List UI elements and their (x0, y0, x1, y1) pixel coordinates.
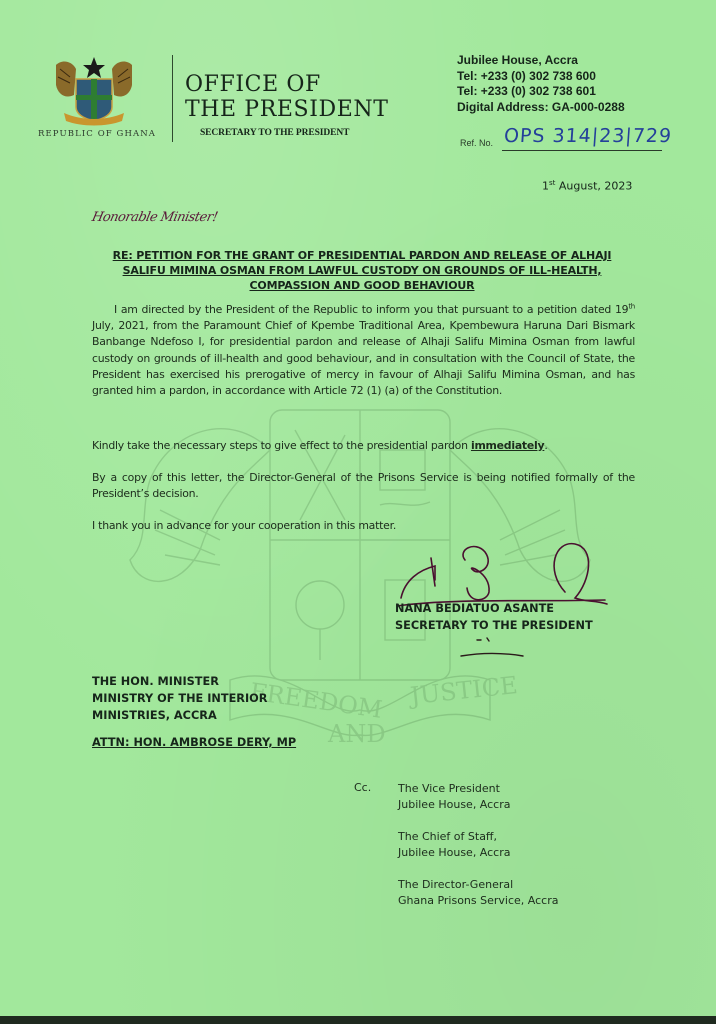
contact-tel-1: Tel: +233 (0) 302 738 600 (457, 69, 625, 85)
date-rest: August, 2023 (555, 180, 632, 193)
body-paragraph-4: I thank you in advance for your cooperat… (92, 518, 635, 534)
contact-address: Jubilee House, Accra (457, 53, 625, 69)
cc-recipient: The Director-General Ghana Prisons Servi… (398, 877, 558, 908)
signatory-title: SECRETARY TO THE PRESIDENT (395, 617, 593, 634)
cc-recipient-line-1: The Director-General (398, 877, 558, 893)
signatory-name: NANA BEDIATUO ASANTE (395, 600, 593, 617)
office-title-line2: THE PRESIDENT (185, 97, 389, 122)
office-title: OFFICE OF THE PRESIDENT (185, 72, 389, 122)
p1-sup: th (628, 302, 635, 310)
letter-date: 1st August, 2023 (542, 179, 632, 193)
addressee-line-1: THE HON. MINISTER (92, 673, 268, 690)
cc-recipient-line-2: Jubilee House, Accra (398, 845, 558, 861)
cc-label: Cc. (354, 781, 371, 794)
initial-mark-icon (455, 634, 535, 664)
signatory-block: NANA BEDIATUO ASANTE SECRETARY TO THE PR… (395, 600, 593, 634)
handwritten-salutation: Honorable Minister! (90, 210, 218, 225)
p2-emphasis: immediately (471, 439, 544, 452)
ref-label: Ref. No. (460, 138, 493, 148)
cc-recipient-line-2: Jubilee House, Accra (398, 797, 558, 813)
body-paragraph-2: Kindly take the necessary steps to give … (92, 438, 635, 454)
contact-block: Jubilee House, Accra Tel: +233 (0) 302 7… (457, 53, 625, 115)
office-title-line1: OFFICE OF (185, 72, 389, 97)
p2-text-a: Kindly take the necessary steps to give … (92, 439, 471, 452)
cc-recipient: The Vice President Jubilee House, Accra (398, 781, 558, 812)
ghana-coat-of-arms-icon (52, 55, 136, 127)
svg-text:FREEDOM: FREEDOM (248, 678, 384, 724)
addressee-line-3: MINISTRIES, ACCRA (92, 707, 268, 724)
p1-text-b: July, 2021, from the Paramount Chief of … (92, 319, 635, 397)
addressee-block: THE HON. MINISTER MINISTRY OF THE INTERI… (92, 673, 268, 724)
attention-line: ATTN: HON. AMBROSE DERY, MP (92, 736, 296, 749)
cc-list: The Vice President Jubilee House, Accra … (398, 781, 558, 925)
subject-heading: RE: PETITION FOR THE GRANT OF PRESIDENTI… (92, 248, 632, 293)
crest-caption: REPUBLIC OF GHANA (38, 129, 156, 139)
addressee-line-2: MINISTRY OF THE INTERIOR (92, 690, 268, 707)
cc-recipient-line-2: Ghana Prisons Service, Accra (398, 893, 558, 909)
office-subtitle: SECRETARY TO THE PRESIDENT (200, 128, 349, 138)
contact-digital-address: Digital Address: GA-000-0288 (457, 100, 625, 116)
cc-recipient: The Chief of Staff, Jubilee House, Accra (398, 829, 558, 860)
date-day: 1 (542, 180, 549, 193)
cc-recipient-line-1: The Vice President (398, 781, 558, 797)
header-divider (172, 55, 173, 142)
svg-text:JUSTICE: JUSTICE (406, 671, 519, 710)
letter-page: FREEDOM JUSTICE AND REPUBLIC OF GHANA OF… (0, 0, 716, 1016)
reference-number: Ref. No. OPS 314|23|729 (460, 128, 705, 156)
ref-value-handwritten: OPS 314|23|729 (503, 125, 673, 147)
cc-recipient-line-1: The Chief of Staff, (398, 829, 558, 845)
body-paragraph-1: I am directed by the President of the Re… (92, 302, 635, 399)
body-paragraph-3: By a copy of this letter, the Director-G… (92, 470, 635, 502)
svg-text:AND: AND (327, 720, 386, 748)
photo-bottom-edge (0, 1016, 716, 1024)
p2-text-b: . (544, 439, 547, 452)
contact-tel-2: Tel: +233 (0) 302 738 601 (457, 84, 625, 100)
ref-underline (502, 150, 662, 151)
p1-text-a: I am directed by the President of the Re… (114, 303, 628, 316)
